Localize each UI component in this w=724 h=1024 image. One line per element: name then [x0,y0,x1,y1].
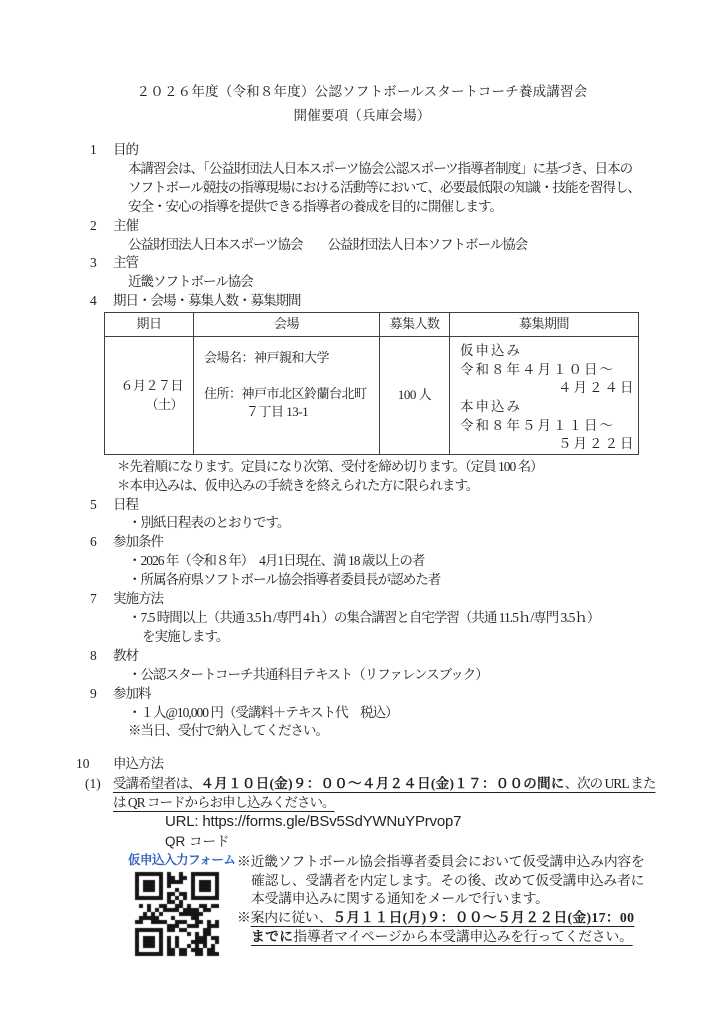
section-purpose-heading: 1目的 [0,141,724,160]
cell-venue: 会場名：神戸親和大学 住所：神戸市北区鈴蘭台北町 ７丁目 13-1 [194,337,380,455]
venue-address-line1: 住所：神戸市北区鈴蘭台北町 [204,385,379,404]
apply-instruction-line2: は QR コードからお申し込みください。 [0,793,724,812]
section-host-line: 近畿ソフトボール協会 [0,273,724,292]
section-materials-line: ・公認スタートコーチ共通科目テキスト（リファレンスブック） [0,666,724,685]
section-eligibility-heading: 6参加条件 [0,533,724,552]
cell-date: ６月２７日 （土） [105,337,194,455]
apply-sentence-pre: 受講希望者は、 [113,776,201,791]
section-fee-line: ・１人@10,000 円（受講料＋テキスト代 税込） [0,704,724,723]
section-application: 10申込方法 (1)受講希望者は、４月１０日(金)９：００～４月２４日(金)１７… [0,754,724,957]
section-application-title: 申込方法 [113,756,163,771]
note2-underlined: 案内に従い、５月１１日(月)９：００～５月２２日(金)17：00 [251,910,635,925]
section-purpose-number: 1 [90,141,113,160]
application-notes: ※近畿ソフトボール協会指導者委員会において仮受講申込み内容を 確認し、受講者を内… [237,853,673,947]
section-method-number: 7 [90,590,113,609]
section-itinerary-line: ・別紙日程表のとおりです。 [0,514,724,533]
note2-deadline: ５月１１日(月)９：００～５月２２日(金)17：00 [332,910,634,925]
qr-and-notes-row: 仮申込入力フォーム ※近畿ソフトボール協会指導者委員会において仮受講申込み内容を… [0,853,724,958]
section-schedule-number: 4 [90,292,113,311]
section-method-title: 実施方法 [113,591,163,606]
schedule-table: 期日 会場 募集人数 募集期間 ６月２７日 （土） 会場名：神戸親和大学 [104,312,639,455]
section-host-title: 主管 [113,255,138,270]
section-eligibility-title: 参加条件 [113,534,163,549]
qr-column: 仮申込入力フォーム [128,853,234,958]
section-purpose-line: 本講習会は、「公益財団法人日本スポーツ協会公認スポーツ指導者制度」に基づき、日本… [0,160,724,179]
section-host: 3主管 近畿ソフトボール協会 [0,254,724,292]
section-eligibility-line: ・2026 年（令和８年） 4月1日現在、満 18 歳以上の者 [0,552,724,571]
col-header-period: 募集期間 [450,313,639,337]
page-title: ２０２６年度（令和８年度）公認ソフトボールスタートコーチ養成講習会 [0,0,724,104]
apply-sentence-deadline: ４月１０日(金)９：００～４月２４日(金)１７：００の間に [201,776,565,791]
section-purpose: 1目的 本講習会は、「公益財団法人日本スポーツ協会公認スポーツ指導者制度」に基づ… [0,141,724,217]
section-method-line: ・7.5 時間以上（共通 3.5ｈ/専門 4ｈ）の集合講習と自宅学習（共通 11… [0,609,724,628]
note2-marker: ※ [237,910,251,925]
schedule-table-header-row: 期日 会場 募集人数 募集期間 [105,313,639,337]
section-organizer-number: 2 [90,217,113,236]
section-itinerary: 5日程 ・別紙日程表のとおりです。 [0,496,724,534]
section-application-heading: 10申込方法 [0,754,724,773]
section-organizer-line: 公益財団法人日本スポーツ協会 公益財団法人日本ソフトボール協会 [0,236,724,255]
event-date: ６月２７日 [105,376,183,395]
note2-line1: ※案内に従い、５月１１日(月)９：００～５月２２日(金)17：00 [237,909,673,928]
qr-code [133,870,221,958]
note2-pre: 案内に従い、 [251,910,333,925]
cell-period: 仮申込み 令和８年４月１０日～ ４月２４日 本申込み 令和８年５月１１日～ ５月… [450,337,639,455]
section-fee: 9参加料 ・１人@10,000 円（受講料＋テキスト代 税込） ※当日、受付で納… [0,685,724,742]
col-header-capacity: 募集人数 [380,313,450,337]
note1-line: 本受講申込みに関する通知をメールで行います。 [237,890,673,909]
section-fee-number: 9 [90,685,113,704]
schedule-note: ＊本申込みは、仮申込みの手続きを終えられた方に限られます。 [0,477,724,496]
col-header-venue: 会場 [194,313,380,337]
section-materials-number: 8 [90,647,113,666]
section-itinerary-number: 5 [90,496,113,515]
period-final-start: 令和８年５月１１日～ [460,417,638,436]
note2-rest: 指導者マイページから本受講申込みを行ってください。 [293,929,632,944]
section-eligibility-number: 6 [90,533,113,552]
section-organizer: 2主催 公益財団法人日本スポーツ協会 公益財団法人日本ソフトボール協会 [0,217,724,255]
section-eligibility: 6参加条件 ・2026 年（令和８年） 4月1日現在、満 18 歳以上の者 ・所… [0,533,724,590]
note1-line: 確認し、受講者を内定します。その後、改めて仮受講申込み者に [237,872,673,891]
section-materials: 8教材 ・公認スタートコーチ共通科目テキスト（リファレンスブック） [0,647,724,685]
note2-line2: までに指導者マイページから本受講申込みを行ってください。 [237,928,673,947]
application-url: URL: https://forms.gle/BSv5SdYWNuYPrvop7 [0,812,724,831]
section-purpose-title: 目的 [113,142,138,157]
venue-address-line2: ７丁目 13-1 [204,403,379,422]
event-weekday: （土） [105,395,183,414]
col-header-date: 期日 [105,313,194,337]
section-schedule-heading: 4期日・会場・募集人数・募集期間 [0,292,724,311]
section-schedule: 4期日・会場・募集人数・募集期間 期日 会場 募集人数 募集期間 ６月２７日 [0,292,724,495]
apply-sentence-post: 、次の URL また [565,776,656,791]
section-purpose-line: ソフトボール競技の指導現場における活動等において、必要最低限の知識・技能を習得し… [0,179,724,198]
section-method-heading: 7実施方法 [0,590,724,609]
document-page: ２０２６年度（令和８年度）公認ソフトボールスタートコーチ養成講習会 開催要項（兵… [0,0,724,1024]
section-fee-title: 参加料 [113,686,151,701]
section-eligibility-line: ・所属各府県ソフトボール協会指導者委員長が認めた者 [0,571,724,590]
section-method: 7実施方法 ・7.5 時間以上（共通 3.5ｈ/専門 4ｈ）の集合講習と自宅学習… [0,590,724,647]
item-marker: (1) [85,774,113,793]
section-organizer-title: 主催 [113,218,138,233]
apply-sentence: 受講希望者は、４月１０日(金)９：００～４月２４日(金)１７：００の間に、次の … [113,776,655,791]
section-method-line: を実施します。 [0,628,724,647]
note2-deadline-suffix: までに [251,929,293,944]
section-fee-heading: 9参加料 [0,685,724,704]
period-final-end: ５月２２日 [460,435,638,454]
section-purpose-line: 安全・安心の指導を提供できる指導者の養成を目的に開催します。 [0,198,724,217]
section-fee-line: ※当日、受付で納入してください。 [0,722,724,741]
note2-underlined: までに指導者マイページから本受講申込みを行ってください。 [251,929,633,944]
apply-sentence-line2: は QR コードからお申し込みください。 [113,795,335,810]
period-provisional-end: ４月２４日 [460,379,638,398]
section-host-number: 3 [90,254,113,273]
note1-line: ※近畿ソフトボール協会指導者委員会において仮受講申込み内容を [237,853,673,872]
section-itinerary-heading: 5日程 [0,496,724,515]
venue-name: 会場名：神戸親和大学 [204,349,379,368]
section-itinerary-title: 日程 [113,497,138,512]
section-schedule-title: 期日・会場・募集人数・募集期間 [113,293,301,308]
section-organizer-heading: 2主催 [0,217,724,236]
schedule-table-row: ６月２７日 （土） 会場名：神戸親和大学 住所：神戸市北区鈴蘭台北町 ７丁目 1… [105,337,639,455]
period-provisional-start: 令和８年４月１０日～ [460,361,638,380]
qr-code-label: QR コード [0,832,724,851]
period-final-label: 本申込み [460,398,638,417]
section-host-heading: 3主管 [0,254,724,273]
section-application-number: 10 [76,754,113,773]
period-provisional-label: 仮申込み [460,342,638,361]
section-materials-heading: 8教材 [0,647,724,666]
apply-instruction-line1: (1)受講希望者は、４月１０日(金)９：００～４月２４日(金)１７：００の間に、… [0,774,724,793]
section-materials-title: 教材 [113,648,138,663]
schedule-note: ＊先着順になります。定員になり次第、受付を締め切ります。（定員 100 名） [0,458,724,477]
cell-capacity: 100 人 [380,337,450,455]
page-subtitle: 開催要項（兵庫会場） [0,104,724,128]
qr-form-caption: 仮申込入力フォーム [128,853,234,868]
document-body: 1目的 本講習会は、「公益財団法人日本スポーツ協会公認スポーツ指導者制度」に基づ… [0,141,724,958]
